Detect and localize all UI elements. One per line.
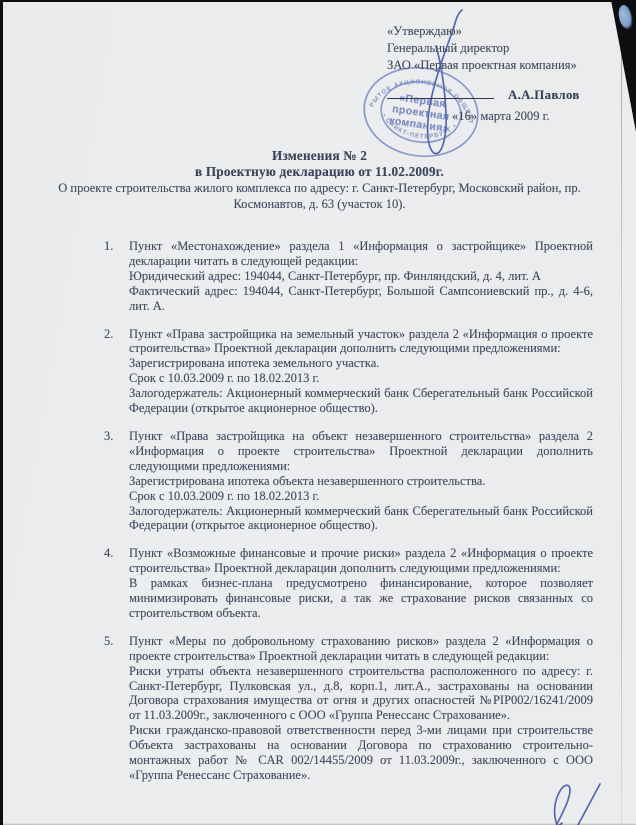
item-body: Пункт «Права застройщика на земельный уч… (129, 327, 593, 416)
item-paragraph: Срок с 10.03.2009 г. по 18.02.2013 г. (129, 489, 593, 504)
item-paragraph: Юридический адрес: 194044, Санкт-Петербу… (129, 269, 593, 284)
amendment-item: 3.Пункт «Права застройщика на объект нез… (104, 429, 593, 533)
amendments-list: 1.Пункт «Местонахождение» раздела 1 «Инф… (104, 239, 593, 796)
item-number: 1. (104, 239, 129, 314)
item-paragraph: Фактический адрес: 194044, Санкт-Петербу… (129, 284, 593, 314)
approval-date: «16» марта 2009 г. (452, 109, 550, 124)
item-paragraph: Зарегистрирована ипотека земельного учас… (129, 356, 593, 371)
item-paragraph: Залогодержатель: Акционерный коммерчески… (129, 504, 593, 534)
amendment-item: 1.Пункт «Местонахождение» раздела 1 «Инф… (104, 239, 593, 314)
item-paragraph: Пункт «Права застройщика на объект незав… (129, 429, 593, 474)
item-body: Пункт «Меры по добровольному страхованию… (129, 634, 593, 783)
item-paragraph: Срок с 10.03.2009 г. по 18.02.2013 г. (129, 371, 593, 386)
handwritten-initials (545, 778, 609, 825)
amendment-item: 2.Пункт «Права застройщика на земельный … (104, 327, 593, 416)
approver-position: Генеральный директор (387, 40, 577, 57)
approval-block: «Утверждаю» Генеральный директор ЗАО «Пе… (387, 23, 577, 74)
amendment-item: 5.Пункт «Меры по добровольному страхован… (104, 634, 593, 783)
signature-row: А.А.Павлов (387, 86, 580, 104)
item-body: Пункт «Возможные финансовые и прочие рис… (129, 546, 593, 621)
item-paragraph: Риски утраты объекта незавершенного стро… (129, 664, 593, 724)
signature-line (387, 86, 494, 99)
document-subtitle: О проекте строительства жилого комплекса… (53, 181, 587, 212)
item-paragraph: Зарегистрирована ипотека объекта незавер… (129, 474, 593, 489)
item-number: 4. (104, 546, 129, 621)
item-paragraph: Риски гражданско-правовой ответственност… (129, 723, 593, 783)
item-paragraph: Пункт «Меры по добровольному страхованию… (129, 634, 593, 664)
item-body: Пункт «Местонахождение» раздела 1 «Инфор… (129, 239, 593, 314)
item-number: 5. (104, 634, 129, 783)
item-paragraph: Пункт «Возможные финансовые и прочие рис… (129, 546, 593, 576)
approver-company: ЗАО «Первая проектная компания» (387, 57, 577, 74)
item-paragraph: Залогодержатель: Акционерный коммерчески… (129, 386, 593, 416)
amendment-item: 4.Пункт «Возможные финансовые и прочие р… (104, 546, 593, 621)
item-number: 3. (104, 429, 129, 533)
item-number: 2. (104, 327, 129, 416)
item-paragraph: В рамках бизнес-плана предусмотрено фина… (129, 576, 593, 621)
page-edge-crease (621, 0, 622, 823)
scanned-document-background: { "document": { "approval": { "approve_w… (0, 0, 636, 825)
signatory-name: А.А.Павлов (508, 88, 580, 102)
document-page: «Утверждаю» Генеральный директор ЗАО «Пе… (3, 2, 636, 825)
item-body: Пункт «Права застройщика на объект незав… (129, 429, 593, 533)
item-paragraph: Пункт «Местонахождение» раздела 1 «Инфор… (129, 239, 593, 269)
document-title-line2: в Проектную декларацию от 11.02.2009г. (3, 164, 636, 180)
approval-word: «Утверждаю» (387, 23, 577, 40)
item-paragraph: Пункт «Права застройщика на земельный уч… (129, 327, 593, 357)
document-title-line1: Изменения № 2 (3, 148, 636, 164)
title-block: Изменения № 2 в Проектную декларацию от … (3, 148, 636, 213)
